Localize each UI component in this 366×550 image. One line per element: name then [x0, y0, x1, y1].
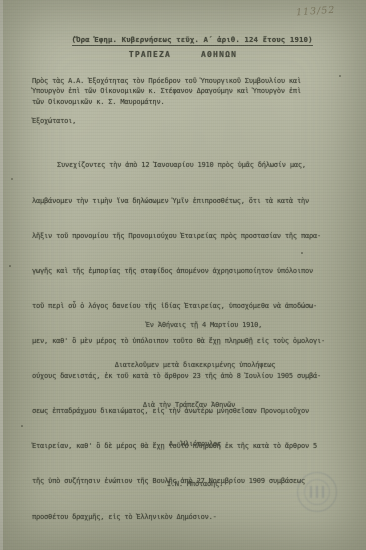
stamp-mark	[316, 486, 318, 498]
scan-edge	[0, 0, 3, 550]
paper-speck	[301, 252, 303, 254]
body-line: λῆξιν τοῦ προνομίου τῆς Προνομιούχου Ἑτα…	[32, 231, 340, 243]
salutation: Ἐξοχώτατοι,	[32, 117, 76, 125]
paper-speck	[11, 178, 13, 180]
valediction: Διατελοῦμεν μετὰ διακεκριμένης ὑπολήψεως	[30, 359, 360, 372]
gazette-reference-text: (Ὅρα Ἐφημ. Κυβερνήσεως τεῦχ. Α΄ ἀριθ. 12…	[72, 35, 313, 46]
dateline: Ἐν Ἀθήναις τῇ 4 Μαρτίου 1910,	[39, 319, 366, 332]
paper-speck	[339, 75, 341, 77]
paper-speck	[9, 265, 11, 267]
stamp-mark	[310, 486, 312, 498]
body-line: λαμβάνομεν τὴν τιμὴν ἵνα δηλώσωμεν Ὑμῖν …	[32, 196, 340, 208]
scanned-letter-page: 113/52 (Ὅρα Ἐφημ. Κυβερνήσεως τεῦχ. Α΄ ἀ…	[0, 0, 366, 550]
recipient-line: Πρὸς τὰς Α.Α. Ἐξοχότητας τὸν Πρόεδρον το…	[32, 76, 340, 86]
recipient-line: Ὑπουργὸν ἐπὶ τῶν Οἰκονομικῶν κ. Στέφανον…	[32, 86, 340, 96]
recipient-block: Πρὸς τὰς Α.Α. Ἐξοχότητας τὸν Πρόεδρον το…	[32, 76, 340, 107]
stamp-mark	[322, 486, 324, 498]
archive-number-annotation: 113/52	[296, 5, 336, 19]
body-line: γωγῆς καὶ τῆς ἐμπορίας τῆς σταφίδος ἀπομ…	[32, 266, 340, 278]
signature: Α. Ἠλιόπουλος	[30, 438, 360, 451]
body-line: Συνεχίζοντες τὴν ἀπὸ 12 Ἰανουαρίου 1910 …	[32, 160, 340, 172]
archive-stamp-icon	[297, 472, 337, 512]
gazette-reference-line: (Ὅρα Ἐφημ. Κυβερνήσεως τεῦχ. Α΄ ἀριθ. 12…	[0, 26, 366, 53]
on-behalf-line: Διὰ τὴν Τράπεζαν Ἀθηνῶν	[24, 399, 354, 412]
bank-title: ΤΡΑΠΕΖΑ ΑΘΗΝΩΝ	[0, 50, 366, 59]
paper-speck	[21, 425, 23, 427]
recipient-line: τῶν Οἰκονομικῶν κ. Σ. Μαυρομάτην.	[32, 97, 340, 107]
